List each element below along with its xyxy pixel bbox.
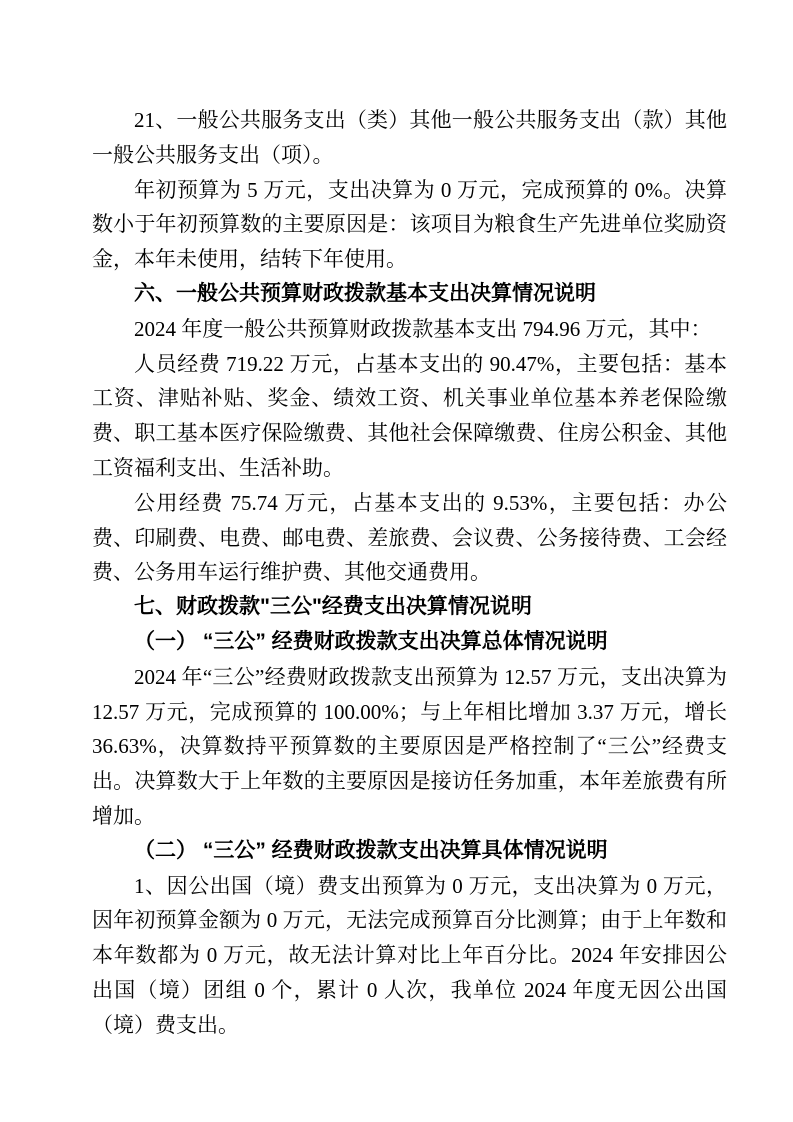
section-heading-7-three-public-funds: 七、财政拨款"三公"经费支出决算情况说明	[92, 590, 727, 625]
paragraph-basic-expenditure-total: 2024 年度一般公共预算财政拨款基本支出 794.96 万元，其中：	[92, 312, 727, 347]
paragraph-expenditure-item-21: 21、一般公共服务支出（类）其他一般公共服务支出（款）其他一般公共服务支出（项）…	[92, 103, 727, 173]
subsection-heading-1-overall-situation: （一） “三公” 经费财政拨款支出决算总体情况说明	[92, 625, 727, 660]
paragraph-public-expense: 公用经费 75.74 万元，占基本支出的 9.53%，主要包括：办公费、印刷费、…	[92, 486, 727, 590]
paragraph-personnel-expense: 人员经费 719.22 万元，占基本支出的 90.47%，主要包括：基本工资、津…	[92, 347, 727, 486]
paragraph-overseas-travel-expense: 1、因公出国（境）费支出预算为 0 万元，支出决算为 0 万元，因年初预算金额为…	[92, 869, 727, 1043]
subsection-heading-2-specific-situation: （二） “三公” 经费财政拨款支出决算具体情况说明	[92, 834, 727, 869]
paragraph-item-21-budget-detail: 年初预算为 5 万元，支出决算为 0 万元，完成预算的 0%。决算数小于年初预算…	[92, 173, 727, 277]
document-page: 21、一般公共服务支出（类）其他一般公共服务支出（款）其他一般公共服务支出（项）…	[0, 0, 793, 1122]
section-heading-6-basic-expenditure: 六、一般公共预算财政拨款基本支出决算情况说明	[92, 277, 727, 312]
paragraph-three-public-funds-overall: 2024 年“三公”经费财政拨款支出预算为 12.57 万元，支出决算为 12.…	[92, 660, 727, 834]
